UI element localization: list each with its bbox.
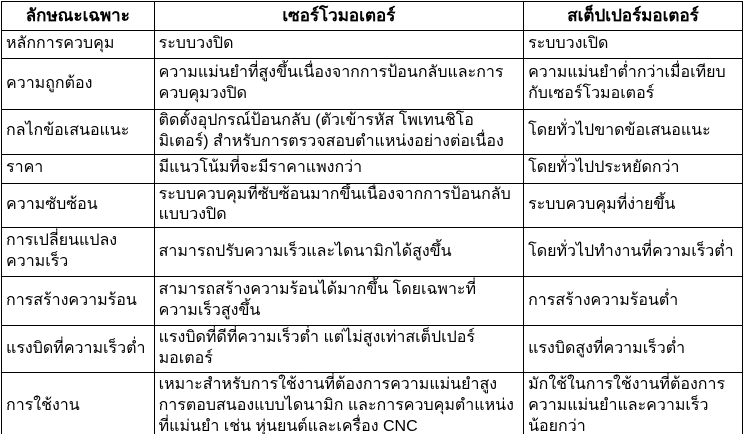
stepper-cell: ระบบควบคุมที่ง่ายขึ้น <box>524 183 743 228</box>
stepper-cell: มักใช้ในการใช้งานที่ต้องการความแม่นยำและ… <box>524 373 743 434</box>
feature-cell: ความซับซ้อน <box>2 183 155 228</box>
header-characteristic: ลักษณะเฉพาะ <box>2 2 155 31</box>
table-row: ราคา มีแนวโน้มที่จะมีราคาแพงกว่า โดยทั่ว… <box>2 154 743 183</box>
table-row: การเปลี่ยนแปลงความเร็ว สามารถปรับความเร็… <box>2 228 743 277</box>
header-stepper-motor: สเต็ปเปอร์มอเตอร์ <box>524 2 743 31</box>
servo-cell: มีแนวโน้มที่จะมีราคาแพงกว่า <box>154 154 523 183</box>
table-row: แรงบิดที่ความเร็วต่ำ แรงบิดที่ดีที่ความเ… <box>2 326 743 373</box>
servo-cell: สามารถสร้างความร้อนได้มากขึ้น โดยเฉพาะที… <box>154 277 523 326</box>
comparison-table: ลักษณะเฉพาะ เซอร์โวมอเตอร์ สเต็ปเปอร์มอเ… <box>1 1 743 434</box>
servo-cell: แรงบิดที่ดีที่ความเร็วต่ำ แต่ไม่สูงเท่าส… <box>154 326 523 373</box>
feature-cell: การสร้างความร้อน <box>2 277 155 326</box>
servo-cell: ติดตั้งอุปกรณ์ป้อนกลับ (ตัวเข้ารหัส โพเท… <box>154 110 523 155</box>
servo-cell: สามารถปรับความเร็วและไดนามิกได้สูงขึ้น <box>154 228 523 277</box>
table-row: กลไกข้อเสนอแนะ ติดตั้งอุปกรณ์ป้อนกลับ (ต… <box>2 110 743 155</box>
servo-cell: ระบบควบคุมที่ซับซ้อนมากขึ้นเนื่องจากการป… <box>154 183 523 228</box>
feature-cell: การเปลี่ยนแปลงความเร็ว <box>2 228 155 277</box>
table-row: หลักการควบคุม ระบบวงปิด ระบบวงเปิด <box>2 31 743 59</box>
feature-cell: แรงบิดที่ความเร็วต่ำ <box>2 326 155 373</box>
table-row: ความถูกต้อง ความแม่นยำที่สูงขึ้นเนื่องจา… <box>2 59 743 110</box>
servo-cell: ความแม่นยำที่สูงขึ้นเนื่องจากการป้อนกลับ… <box>154 59 523 110</box>
stepper-cell: โดยทั่วไปทำงานที่ความเร็วต่ำ <box>524 228 743 277</box>
stepper-cell: การสร้างความร้อนต่ำ <box>524 277 743 326</box>
stepper-cell: โดยทั่วไปขาดข้อเสนอแนะ <box>524 110 743 155</box>
table-row: ความซับซ้อน ระบบควบคุมที่ซับซ้อนมากขึ้นเ… <box>2 183 743 228</box>
feature-cell: ความถูกต้อง <box>2 59 155 110</box>
table-row: การสร้างความร้อน สามารถสร้างความร้อนได้ม… <box>2 277 743 326</box>
stepper-cell: ความแม่นยำต่ำกว่าเมื่อเทียบกับเซอร์โวมอเ… <box>524 59 743 110</box>
stepper-cell: ระบบวงเปิด <box>524 31 743 59</box>
stepper-cell: แรงบิดสูงที่ความเร็วต่ำ <box>524 326 743 373</box>
servo-cell: ระบบวงปิด <box>154 31 523 59</box>
feature-cell: กลไกข้อเสนอแนะ <box>2 110 155 155</box>
comparison-table-body: หลักการควบคุม ระบบวงปิด ระบบวงเปิด ความถ… <box>2 31 743 434</box>
header-servo-motor: เซอร์โวมอเตอร์ <box>154 2 523 31</box>
feature-cell: ราคา <box>2 154 155 183</box>
servo-cell: เหมาะสำหรับการใช้งานที่ต้องการความแม่นยำ… <box>154 373 523 434</box>
header-row: ลักษณะเฉพาะ เซอร์โวมอเตอร์ สเต็ปเปอร์มอเ… <box>2 2 743 31</box>
feature-cell: หลักการควบคุม <box>2 31 155 59</box>
motor-comparison-table: ลักษณะเฉพาะ เซอร์โวมอเตอร์ สเต็ปเปอร์มอเ… <box>1 1 743 434</box>
table-row: การใช้งาน เหมาะสำหรับการใช้งานที่ต้องการ… <box>2 373 743 434</box>
stepper-cell: โดยทั่วไปประหยัดกว่า <box>524 154 743 183</box>
feature-cell: การใช้งาน <box>2 373 155 434</box>
